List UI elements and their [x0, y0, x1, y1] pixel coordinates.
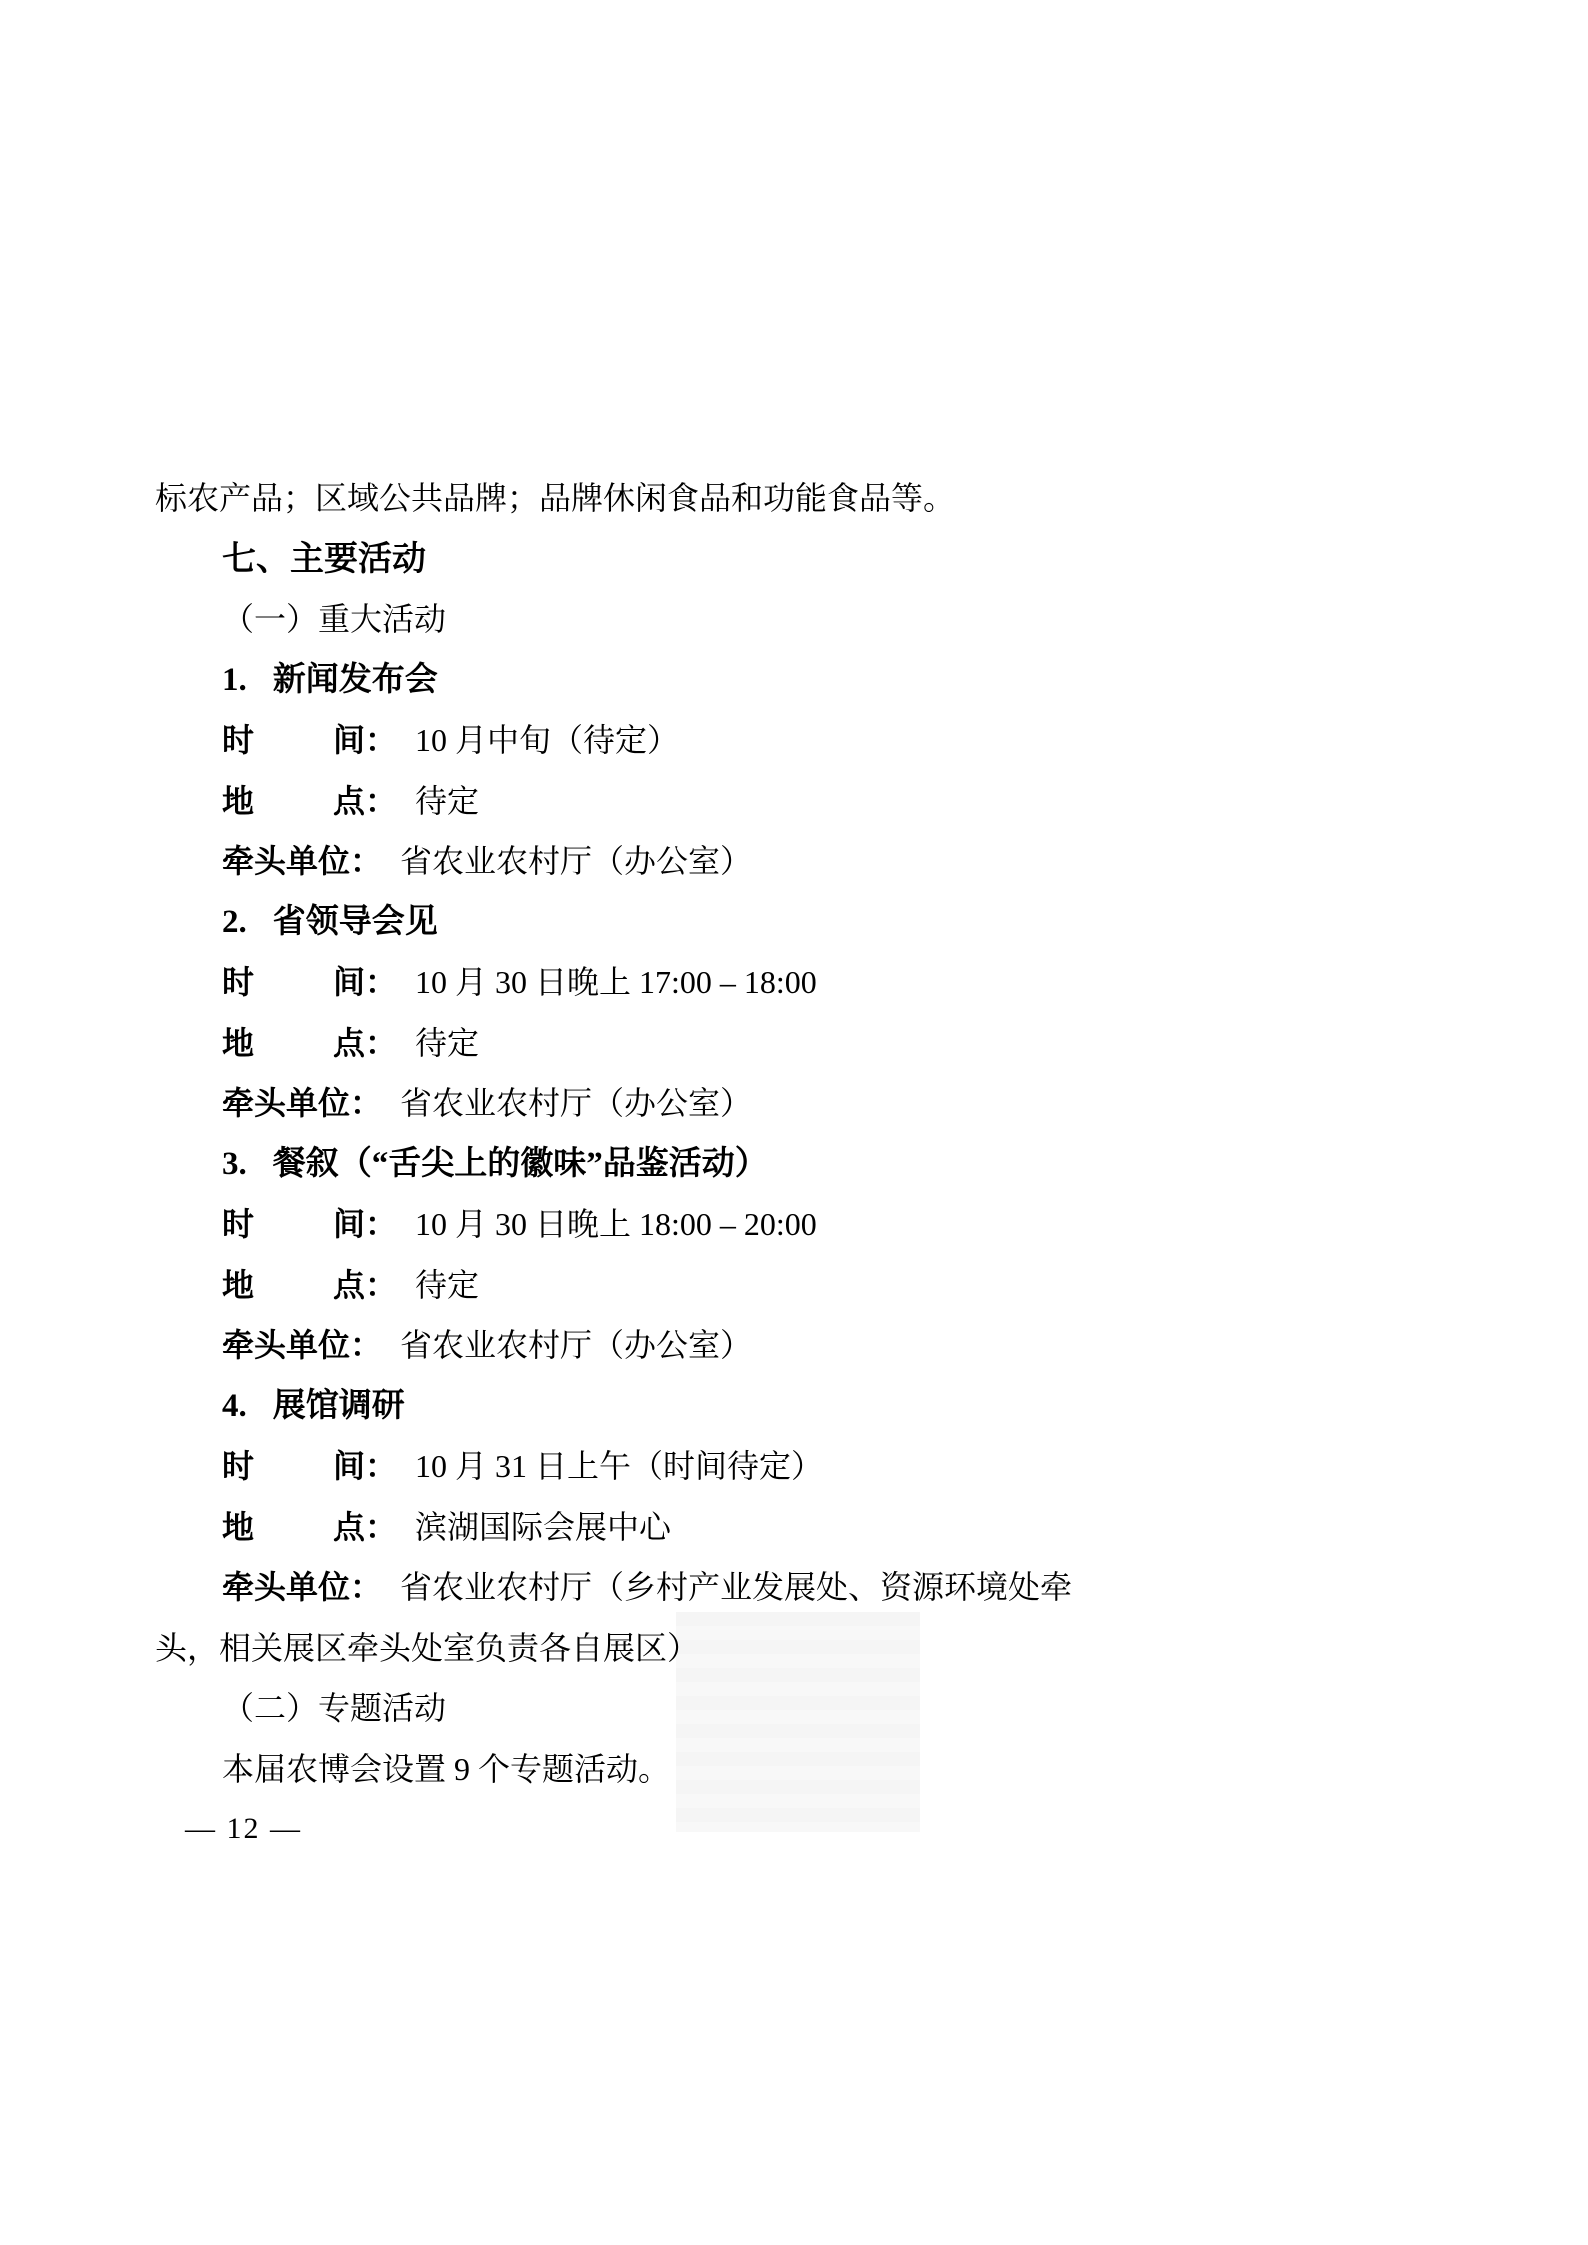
activity-4-lead-row: 牵头单位：省农业农村厅（乡村产业发展处、资源环境处牵: [155, 1557, 1435, 1618]
activity-2-title-row: 2.省领导会见: [155, 892, 1435, 953]
activity-4-title: 展馆调研: [273, 1388, 405, 1424]
time-label: 时间: [222, 710, 365, 771]
label-colon: ：: [365, 1448, 397, 1484]
activity-2-lead: 省农业农村厅（办公室）: [400, 1085, 752, 1121]
label-colon: ：: [350, 843, 382, 879]
label-colon: ：: [365, 783, 397, 819]
lead-label: 牵头单位: [222, 1085, 350, 1121]
activity-1-title: 新闻发布会: [273, 662, 438, 698]
activity-1-time-row: 时间：10 月中旬（待定）: [155, 710, 1435, 771]
subsection-1-heading: （一）重大活动: [155, 589, 1435, 650]
activity-4-lead-continuation: 头，相关展区牵头处室负责各自展区）: [155, 1618, 1435, 1679]
lead-label: 牵头单位: [222, 843, 350, 879]
place-label: 地点: [222, 771, 365, 832]
label-colon: ：: [365, 1267, 397, 1303]
activity-2-time-row: 时间：10 月 30 日晚上 17:00 – 18:00: [155, 952, 1435, 1013]
lead-label: 牵头单位: [222, 1327, 350, 1363]
activity-4-lead-line1: 省农业农村厅（乡村产业发展处、资源环境处牵: [400, 1569, 1072, 1605]
activity-2-place-row: 地点：待定: [155, 1013, 1435, 1074]
label-colon: ：: [350, 1569, 382, 1605]
activity-1-title-row: 1.新闻发布会: [155, 650, 1435, 711]
label-colon: ：: [365, 964, 397, 1000]
activity-3-place: 待定: [415, 1267, 479, 1303]
activity-2-lead-row: 牵头单位：省农业农村厅（办公室）: [155, 1073, 1435, 1134]
activity-2-number: 2.: [222, 892, 247, 953]
place-label: 地点: [222, 1013, 365, 1074]
activity-1-time: 10 月中旬（待定）: [415, 722, 679, 758]
activity-3-lead: 省农业农村厅（办公室）: [400, 1327, 752, 1363]
activity-1-place-row: 地点：待定: [155, 771, 1435, 832]
label-colon: ：: [365, 722, 397, 758]
activity-3-place-row: 地点：待定: [155, 1255, 1435, 1316]
time-label: 时间: [222, 1436, 365, 1497]
subsection-2-heading: （二）专题活动: [155, 1678, 1435, 1739]
activity-4-place: 滨湖国际会展中心: [415, 1509, 671, 1545]
activity-4-time: 10 月 31 日上午（时间待定）: [415, 1448, 823, 1484]
time-label: 时间: [222, 952, 365, 1013]
label-colon: ：: [365, 1509, 397, 1545]
activity-4-title-row: 4.展馆调研: [155, 1376, 1435, 1437]
activity-4-number: 4.: [222, 1376, 247, 1437]
lead-label: 牵头单位: [222, 1569, 350, 1605]
label-colon: ：: [350, 1327, 382, 1363]
activity-2-time: 10 月 30 日晚上 17:00 – 18:00: [415, 964, 817, 1000]
document-body: 标农产品；区域公共品牌；品牌休闲食品和功能食品等。 七、主要活动 （一）重大活动…: [155, 468, 1435, 1860]
label-colon: ：: [365, 1206, 397, 1242]
activity-3-time: 10 月 30 日晚上 18:00 – 20:00: [415, 1206, 817, 1242]
label-colon: ：: [365, 1025, 397, 1061]
time-label: 时间: [222, 1194, 365, 1255]
activity-3-lead-row: 牵头单位：省农业农村厅（办公室）: [155, 1315, 1435, 1376]
subsection-2-intro: 本届农博会设置 9 个专题活动。: [155, 1739, 1435, 1800]
activity-4-place-row: 地点：滨湖国际会展中心: [155, 1497, 1435, 1558]
activity-3-title: 餐叙（“舌尖上的徽味”品鉴活动）: [273, 1146, 768, 1182]
place-label: 地点: [222, 1255, 365, 1316]
document-page: 标农产品；区域公共品牌；品牌休闲食品和功能食品等。 七、主要活动 （一）重大活动…: [0, 0, 1588, 2245]
activity-1-lead: 省农业农村厅（办公室）: [400, 843, 752, 879]
activity-1-lead-row: 牵头单位：省农业农村厅（办公室）: [155, 831, 1435, 892]
label-colon: ：: [350, 1085, 382, 1121]
activity-1-place: 待定: [415, 783, 479, 819]
activity-3-time-row: 时间：10 月 30 日晚上 18:00 – 20:00: [155, 1194, 1435, 1255]
place-label: 地点: [222, 1497, 365, 1558]
activity-3-number: 3.: [222, 1134, 247, 1195]
activity-1-number: 1.: [222, 650, 247, 711]
page-number: — 12 —: [155, 1799, 1435, 1860]
activity-3-title-row: 3.餐叙（“舌尖上的徽味”品鉴活动）: [155, 1134, 1435, 1195]
intro-tail-text: 标农产品；区域公共品牌；品牌休闲食品和功能食品等。: [155, 468, 1435, 529]
main-heading: 七、主要活动: [155, 529, 1435, 590]
activity-2-title: 省领导会见: [273, 904, 438, 940]
activity-4-time-row: 时间：10 月 31 日上午（时间待定）: [155, 1436, 1435, 1497]
activity-2-place: 待定: [415, 1025, 479, 1061]
